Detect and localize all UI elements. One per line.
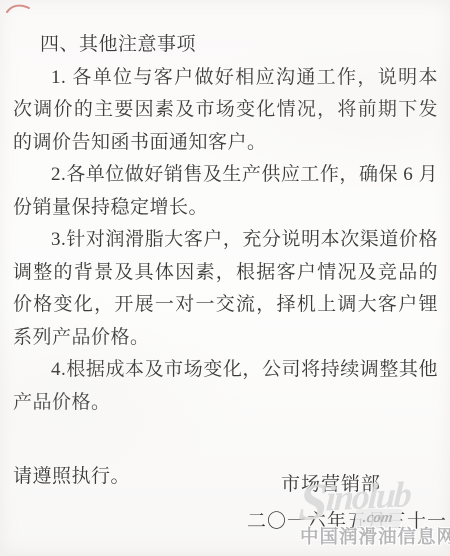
signature-department: 市场营销部 bbox=[247, 474, 415, 496]
red-pen-mark bbox=[5, 2, 31, 15]
paragraph-other-products: 4.根据成本及市场变化，公司将持续调整其他产品价格。 bbox=[13, 354, 438, 419]
paragraph-sales-supply: 2.各单位做好销售及生产供应工作，确保 6 月份销量保持稳定增长。 bbox=[13, 159, 438, 224]
scanned-document-page: 四、其他注意事项 1. 各单位与客户做好相应沟通工作，说明本次调价的主要因素及市… bbox=[0, 0, 450, 556]
section-title: 四、其他注意事项 bbox=[13, 29, 438, 62]
paragraph-grease-customers: 3.针对润滑脂大客户，充分说明本次渠道价格调整的背景及具体因素，根据客户情况及竞… bbox=[13, 224, 438, 354]
signature-date: 二〇一六年五月三十一日 bbox=[247, 511, 415, 533]
paragraph-communication: 1. 各单位与客户做好相应沟通工作，说明本次调价的主要因素及市场变化情况，将前期… bbox=[13, 62, 438, 160]
document-body: 四、其他注意事项 1. 各单位与客户做好相应沟通工作，说明本次调价的主要因素及市… bbox=[13, 29, 438, 494]
signature-block: 市场营销部 二〇一六年五月三十一日 bbox=[247, 474, 415, 533]
